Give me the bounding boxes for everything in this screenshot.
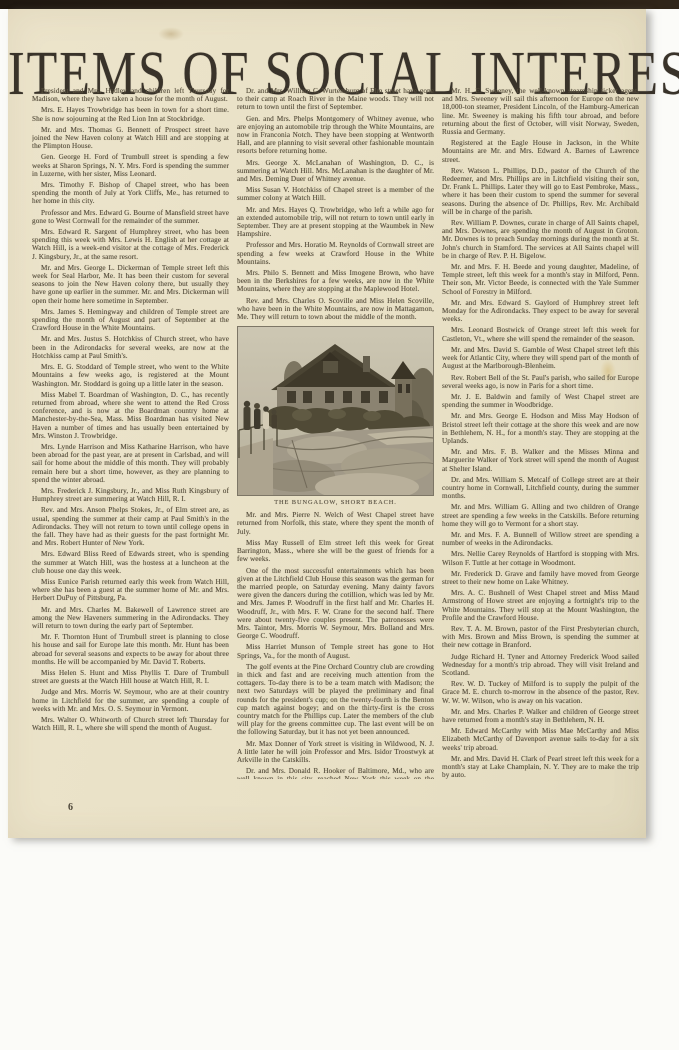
news-paragraph: Gen. George H. Ford of Trumbull street i… (32, 153, 229, 178)
news-paragraph: Dr. and Mrs. William C. Wurtemburg of El… (237, 87, 434, 112)
news-paragraph: Mr. and Mrs. George L. Dickerman of Temp… (32, 264, 229, 305)
news-paragraph: Mr. and Mrs. Charles M. Bakewell of Lawr… (32, 606, 229, 631)
news-paragraph: Mr. and Mrs. Charles P. Walker and child… (442, 708, 639, 724)
bungalow-photo (237, 326, 434, 496)
news-paragraph: Mr. J. E. Baldwin and family of West Cha… (442, 393, 639, 409)
scan-background: ITEMS OF SOCIAL INTEREST President and M… (0, 0, 679, 1050)
news-paragraph: Miss Eunice Parish returned early this w… (32, 578, 229, 603)
news-paragraph: Mr. Max Donner of York street is visitin… (237, 740, 434, 765)
column-2-top: Dr. and Mrs. William C. Wurtemburg of El… (237, 87, 434, 321)
news-paragraph: Mrs. Frederick J. Kingsbury, Jr., and Mi… (32, 487, 229, 503)
news-paragraph: Rev. William P. Downes, curate in charge… (442, 219, 639, 260)
news-paragraph: Professor and Mrs. Edward G. Bourne of M… (32, 209, 229, 225)
news-paragraph: Miss May Russell of Elm street left this… (237, 539, 434, 564)
news-paragraph: Registered at the Eagle House in Jackson… (442, 139, 639, 164)
news-paragraph: Mrs. Philo S. Bennett and Miss Imogene B… (237, 269, 434, 294)
news-paragraph: Rev. and Mrs. Anson Phelps Stokes, Jr., … (32, 506, 229, 547)
news-paragraph: President and Mrs. Hadley and children l… (32, 87, 229, 103)
news-paragraph: Mrs. E. Hayes Trowbridge has been in tow… (32, 106, 229, 122)
news-paragraph: Miss Harriet Munson of Temple street has… (237, 643, 434, 659)
news-paragraph: The golf events at the Pine Orchard Coun… (237, 663, 434, 737)
news-paragraph: Mr. Edward McCarthy with Miss Mae McCart… (442, 727, 639, 752)
news-paragraph: One of the most successful entertainment… (237, 567, 434, 641)
news-paragraph: Judge and Mrs. Morris W. Seymour, who ar… (32, 688, 229, 713)
news-paragraph: Mrs. Timothy F. Bishop of Chapel street,… (32, 181, 229, 206)
photo-caption: THE BUNGALOW, SHORT BEACH. (237, 499, 434, 507)
news-paragraph: Mr. and Mrs. Justus S. Hotchkiss of Chur… (32, 335, 229, 360)
news-paragraph: Mrs. E. G. Stoddard of Temple street, wh… (32, 363, 229, 388)
news-paragraph: Mr. and Mrs. Hayes Q. Trowbridge, who le… (237, 206, 434, 239)
news-paragraph: Mrs. A. C. Bushnell of West Chapel stree… (442, 589, 639, 622)
article-columns: President and Mrs. Hadley and children l… (32, 87, 640, 779)
news-paragraph: Dr. and Mrs. William S. Metcalf of Colle… (442, 476, 639, 501)
news-paragraph: Mrs. Walter O. Whitworth of Church stree… (32, 716, 229, 732)
news-paragraph: Dr. and Mrs. Donald R. Hooker of Baltimo… (237, 767, 434, 779)
news-paragraph: Rev. and Mrs. Charles O. Scoville and Mi… (237, 297, 434, 322)
news-paragraph: Mrs. Leonard Bostwick of Orange street l… (442, 326, 639, 342)
news-paragraph: Mr. and Mrs. David S. Gamble of West Cha… (442, 346, 639, 371)
newspaper-page: ITEMS OF SOCIAL INTEREST President and M… (8, 9, 646, 838)
news-paragraph: Rev. W. D. Tuckey of Milford is to suppl… (442, 680, 639, 705)
news-paragraph: Professor and Mrs. Horatio M. Reynolds o… (237, 241, 434, 266)
column-1: President and Mrs. Hadley and children l… (32, 87, 229, 779)
bungalow-photo-illustration (237, 326, 434, 496)
news-paragraph: Mr. and Mrs. F. B. Walker and the Misses… (442, 448, 639, 473)
news-paragraph: Gen. and Mrs. Phelps Montgomery of Whitn… (237, 115, 434, 156)
news-paragraph: Mr. and Mrs. George E. Hodson and Miss M… (442, 412, 639, 445)
news-paragraph: Mrs. Edward R. Sargent of Humphrey stree… (32, 228, 229, 261)
news-paragraph: Judge Richard H. Tyner and Attorney Fred… (442, 653, 639, 678)
news-paragraph: Rev. Watson L. Phillips, D.D., pastor of… (442, 167, 639, 216)
news-paragraph: Mr. Frederick D. Grave and family have m… (442, 570, 639, 586)
news-paragraph: Rev. T. A. M. Brown, pastor of the First… (442, 625, 639, 650)
news-paragraph: Mrs. Nellie Carey Reynolds of Hartford i… (442, 550, 639, 566)
scan-edge-band (0, 0, 679, 9)
news-paragraph: Miss Mabel T. Boardman of Washington, D.… (32, 391, 229, 440)
news-paragraph: Mr. and Mrs. Thomas G. Bennett of Prospe… (32, 126, 229, 151)
news-paragraph: Rev. Robert Bell of the St. Paul's paris… (442, 374, 639, 390)
column-2: Dr. and Mrs. William C. Wurtemburg of El… (237, 87, 434, 779)
news-paragraph: Mrs. George X. McLanahan of Washington, … (237, 159, 434, 184)
news-paragraph: Mr. and Mrs. F. A. Bunnell of Willow str… (442, 531, 639, 547)
news-paragraph: Mrs. Lynde Harrison and Miss Katharine H… (32, 443, 229, 484)
news-paragraph: Mr. and Mrs. F. H. Beede and young daugh… (442, 263, 639, 296)
news-paragraph: Mr. F. Thornton Hunt of Trumbull street … (32, 633, 229, 666)
news-paragraph: Mrs. Edward Bliss Reed of Edwards street… (32, 550, 229, 575)
news-paragraph: Mr. and Mrs. William G. Alling and two c… (442, 503, 639, 528)
column-2-bottom: Mr. and Mrs. Pierre N. Welch of West Cha… (237, 511, 434, 779)
news-paragraph: Miss Helen S. Hunt and Miss Phyllis T. D… (32, 669, 229, 685)
news-paragraph: Mr. and Mrs. David H. Clark of Pearl str… (442, 755, 639, 779)
news-paragraph: Miss Susan V. Hotchkiss of Chapel street… (237, 186, 434, 202)
news-paragraph: Mrs. James S. Hemingway and children of … (32, 308, 229, 333)
news-paragraph: Mr. and Mrs. Edward S. Gaylord of Humphr… (442, 299, 639, 324)
photo-figure: THE BUNGALOW, SHORT BEACH. (237, 326, 434, 507)
news-paragraph: Mr. H. E. Sweeney, the well-known steams… (442, 87, 639, 136)
page-number: 6 (68, 802, 73, 813)
column-3: Mr. H. E. Sweeney, the well-known steams… (442, 87, 639, 779)
news-paragraph: Mr. and Mrs. Pierre N. Welch of West Cha… (237, 511, 434, 536)
